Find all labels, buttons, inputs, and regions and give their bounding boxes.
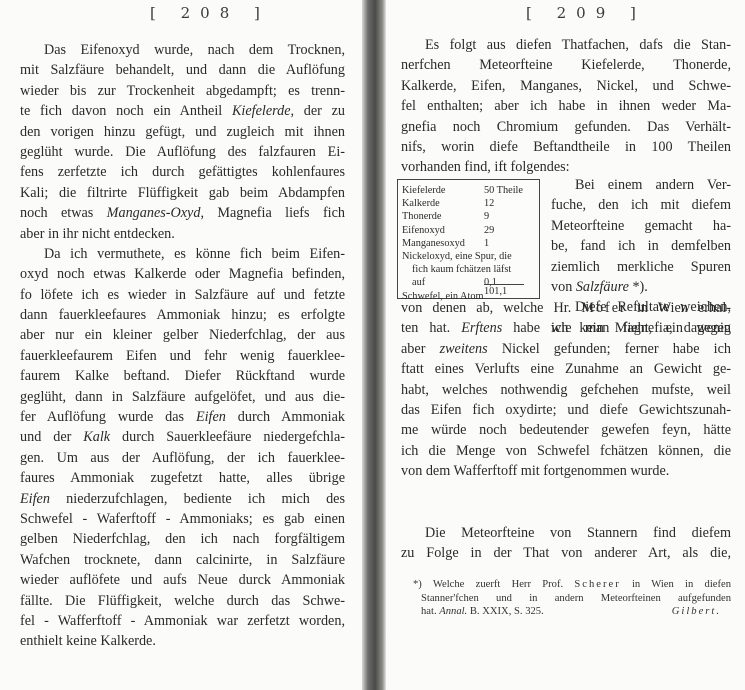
component-name: Kiefelerde bbox=[402, 184, 484, 197]
text-line: be, fand ich in demfelben bbox=[551, 236, 731, 256]
text-line: fauerkleefaurem Eifen und fehr wenig fau… bbox=[20, 346, 345, 366]
text-line: Bei einem andern Ver- bbox=[551, 175, 731, 195]
text-line: Da ich vermuthete, es könne fich beim Ei… bbox=[20, 244, 345, 264]
composition-table: Kiefelerde50 Theile Kalkerde12 Thonerde9… bbox=[397, 179, 540, 299]
text-span: hat. bbox=[421, 606, 439, 617]
text-line: me würde noch bedeutender gewefen feyn, … bbox=[401, 420, 731, 440]
text-line: das Eifen fich oxydirte; und diefe Gewic… bbox=[401, 400, 731, 420]
italic-term: Salzfäure bbox=[576, 279, 629, 295]
page-number: [ 208 ] bbox=[150, 4, 270, 22]
text-line: Eifen niederzufchlagen, bediente ich mic… bbox=[20, 489, 345, 509]
text-span: *) Welche zuerft Herr Prof. bbox=[413, 579, 574, 590]
text-line: fer Auflöfung wurde das Eifen durch Ammo… bbox=[20, 407, 345, 427]
text-span: in Wien erhal- bbox=[627, 300, 731, 316]
person-name: Scherer bbox=[574, 579, 620, 590]
text-line: fel enthalten; aber ich habe in ihnen we… bbox=[401, 96, 731, 116]
text-line: Stanner'fchen und in andern Meteorfteine… bbox=[413, 592, 731, 606]
text-line: fuche, den ich mit diefem bbox=[551, 195, 731, 215]
italic-term: Erftens bbox=[461, 320, 502, 336]
text-line: aber zweitens Nickel gefunden; ferner ha… bbox=[401, 339, 731, 359]
text-span: und der bbox=[20, 429, 83, 445]
italic-term: Kalk bbox=[83, 429, 110, 445]
text-span: durch Ammoniak bbox=[226, 409, 345, 425]
text-line: habt, welches nothwendig gefchehen mufst… bbox=[401, 380, 731, 400]
text-span: noch etwas bbox=[20, 205, 107, 221]
component-name: Kalkerde bbox=[402, 197, 484, 210]
text-line: von denen ab, welche Hr. Mofer in Wien e… bbox=[401, 298, 731, 318]
component-name: Manganesoxyd bbox=[402, 237, 484, 250]
text-span: Nickel gefunden; ferner habe ich bbox=[488, 341, 731, 357]
text-line: oxyd noch etwas Kalkerde oder Magnefia b… bbox=[20, 264, 345, 284]
text-span: ten hat. bbox=[401, 320, 461, 336]
text-line: fo löfete ich es wieder in Salzfäure auf… bbox=[20, 285, 345, 305]
table-total: 101,1 bbox=[484, 285, 507, 298]
component-name: auf bbox=[412, 276, 484, 289]
text-span: von denen ab, welche Hr. bbox=[401, 300, 581, 316]
text-line: mit Salzfäure behandelt, und dann die Au… bbox=[20, 60, 345, 80]
text-line: ten hat. Erftens habe ich kein Magnefia,… bbox=[401, 318, 731, 338]
text-line: wieder auflöfete und aufs Neue durck Amm… bbox=[20, 570, 345, 590]
text-line: Die Meteorfteine von Stannern find diefe… bbox=[401, 523, 731, 543]
component-name: Thonerde bbox=[402, 210, 484, 223]
table-row: Thonerde9 bbox=[402, 210, 536, 223]
component-value: 50 Theile bbox=[484, 184, 536, 197]
text-line: Meteorfteine gemacht ha- bbox=[551, 216, 731, 236]
text-line: geglüht wurde. Die Auflöfung des falzfau… bbox=[20, 142, 345, 162]
text-line: fällte. Die Flüffigkeit, welche durch da… bbox=[20, 591, 345, 611]
text-line: faurem Kalke beftand. Diefer Rückftand w… bbox=[20, 366, 345, 386]
component-value: 1 bbox=[484, 237, 536, 250]
text-line: Wafchen trocknete, dann calcinirte, in S… bbox=[20, 550, 345, 570]
component-value: 29 bbox=[484, 224, 536, 237]
right-body-text-end: Die Meteorfteine von Stannern find diefe… bbox=[401, 523, 731, 564]
page-number: [ 209 ] bbox=[526, 4, 646, 22]
table-row: Manganesoxyd1 bbox=[402, 237, 536, 250]
left-page: [ 208 ] Das Eifenoxyd wurde, nach dem Tr… bbox=[0, 0, 362, 690]
text-line: enthielt keine Kalkerde. bbox=[20, 631, 345, 651]
book-gutter bbox=[362, 0, 386, 690]
table-row: fich kaum fchätzen läfst bbox=[402, 263, 536, 276]
text-line: und der Kalk durch Sauerkleefäure nieder… bbox=[20, 427, 345, 447]
text-line: fel - Wafferftoff - Ammoniak war zerfetz… bbox=[20, 611, 345, 631]
text-line: Schwefel - Waferftoff - Ammoniaks; es ga… bbox=[20, 509, 345, 529]
text-span: te fich davon noch ein Antheil bbox=[20, 103, 232, 119]
text-line: ich die Menge von Schwefel fchätzen könn… bbox=[401, 441, 731, 461]
italic-term: Eifen bbox=[196, 409, 226, 425]
text-line: Kalkerde, Eifen, Manganes, Nickel, und S… bbox=[401, 76, 731, 96]
text-line: Es folgt aus diefen Thatfachen, dafs die… bbox=[401, 35, 731, 55]
text-line: von Salzfäure *). bbox=[551, 277, 731, 297]
text-line: zu Folge in der That von anderer Art, al… bbox=[401, 543, 731, 563]
italic-term: Eifen bbox=[20, 491, 50, 507]
table-row: Kiefelerde50 Theile bbox=[402, 184, 536, 197]
text-line: hat. Annal. B. XXIX, S. 325.Gilbert. bbox=[413, 605, 731, 619]
italic-term: Manganes-Oxyd bbox=[107, 205, 201, 221]
text-line: *) Welche zuerft Herr Prof. Scherer in W… bbox=[413, 578, 731, 592]
right-page: [ 209 ] Es folgt aus diefen Thatfachen, … bbox=[385, 0, 745, 690]
text-line: Kali; die filtrirte Flüffigkeit gab beim… bbox=[20, 183, 345, 203]
text-line: gen. Um aus der Auflöfung, der ich fauer… bbox=[20, 448, 345, 468]
text-line: faures Ammoniak zugefetzt hatte, alles ü… bbox=[20, 468, 345, 488]
text-line: Das Eifenoxyd wurde, nach dem Trocknen, bbox=[20, 40, 345, 60]
person-name: Mofer bbox=[581, 300, 626, 316]
right-body-text-top: Es folgt aus diefen Thatfachen, dafs die… bbox=[401, 35, 731, 178]
component-name: Eifenoxyd bbox=[402, 224, 484, 237]
text-span: von bbox=[551, 279, 576, 295]
text-line: gelben Niederfchlag, den ich nach forgfä… bbox=[20, 529, 345, 549]
italic-term: Kiefelerde bbox=[232, 103, 291, 119]
text-line: geglüht, dann in Salzfäure aufgelöfet, u… bbox=[20, 387, 345, 407]
text-line: gnefia noch Chromium gefunden. Das Verhä… bbox=[401, 117, 731, 137]
text-span: B. XXIX, S. 325. bbox=[467, 606, 544, 617]
text-line: von dem Wafferftoff mit fortgenommen wur… bbox=[401, 461, 731, 481]
text-line: nifs, worin diefe Beftandtheile in 100 T… bbox=[401, 137, 731, 157]
table-row: Eifenoxyd29 bbox=[402, 224, 536, 237]
text-span: habe ich kein Magnefia, dagegen bbox=[502, 320, 731, 336]
text-span: , Magnefia liefs fich bbox=[200, 205, 345, 221]
text-span: , der zu bbox=[291, 103, 345, 119]
signature: Gilbert. bbox=[672, 605, 731, 619]
text-line: nerfchen Meteorfteine Kiefelerde, Thoner… bbox=[401, 55, 731, 75]
component-value: 12 bbox=[484, 197, 536, 210]
table-row: Kalkerde12 bbox=[402, 197, 536, 210]
text-line: fens zerfetzte ich durch gefättigtes koh… bbox=[20, 162, 345, 182]
table-row: Nickeloxyd, eine Spur, die bbox=[402, 250, 536, 263]
italic-term: Annal. bbox=[439, 606, 467, 617]
text-line: ftatt eines Verlufts eine Zunahme an Gew… bbox=[401, 359, 731, 379]
text-line: te fich davon noch ein Antheil Kiefelerd… bbox=[20, 101, 345, 121]
text-span: in Wien in diefen bbox=[621, 579, 731, 590]
component-value: 9 bbox=[484, 210, 536, 223]
text-span: niederzufchlagen, bediente ich mich des bbox=[50, 491, 345, 507]
footnote: *) Welche zuerft Herr Prof. Scherer in W… bbox=[413, 578, 731, 619]
text-line: wieder bis zur Trockenheit abgedampft; e… bbox=[20, 81, 345, 101]
text-span: durch Sauerkleefäure niedergefchla- bbox=[110, 429, 345, 445]
text-line: aber in ihr nicht entdecken. bbox=[20, 224, 345, 244]
text-line: aber nur ein kleiner gelber Niederfchlag… bbox=[20, 325, 345, 345]
text-span: fer Auflöfung wurde das bbox=[20, 409, 196, 425]
left-body-text: Das Eifenoxyd wurde, nach dem Trocknen, … bbox=[20, 40, 345, 652]
right-body-text-mid: von denen ab, welche Hr. Mofer in Wien e… bbox=[401, 298, 731, 482]
text-line: noch etwas Manganes-Oxyd, Magnefia liefs… bbox=[20, 203, 345, 223]
italic-term: zweitens bbox=[440, 341, 488, 357]
text-line: den vorigen hinzu gefügt, und zugleich m… bbox=[20, 122, 345, 142]
text-span: aber bbox=[401, 341, 440, 357]
text-line: ziemlich merkliche Spuren bbox=[551, 257, 731, 277]
footnote-ref: *). bbox=[629, 279, 648, 295]
text-line: dann fauerkleefaures Ammoniak hinzu; es … bbox=[20, 305, 345, 325]
